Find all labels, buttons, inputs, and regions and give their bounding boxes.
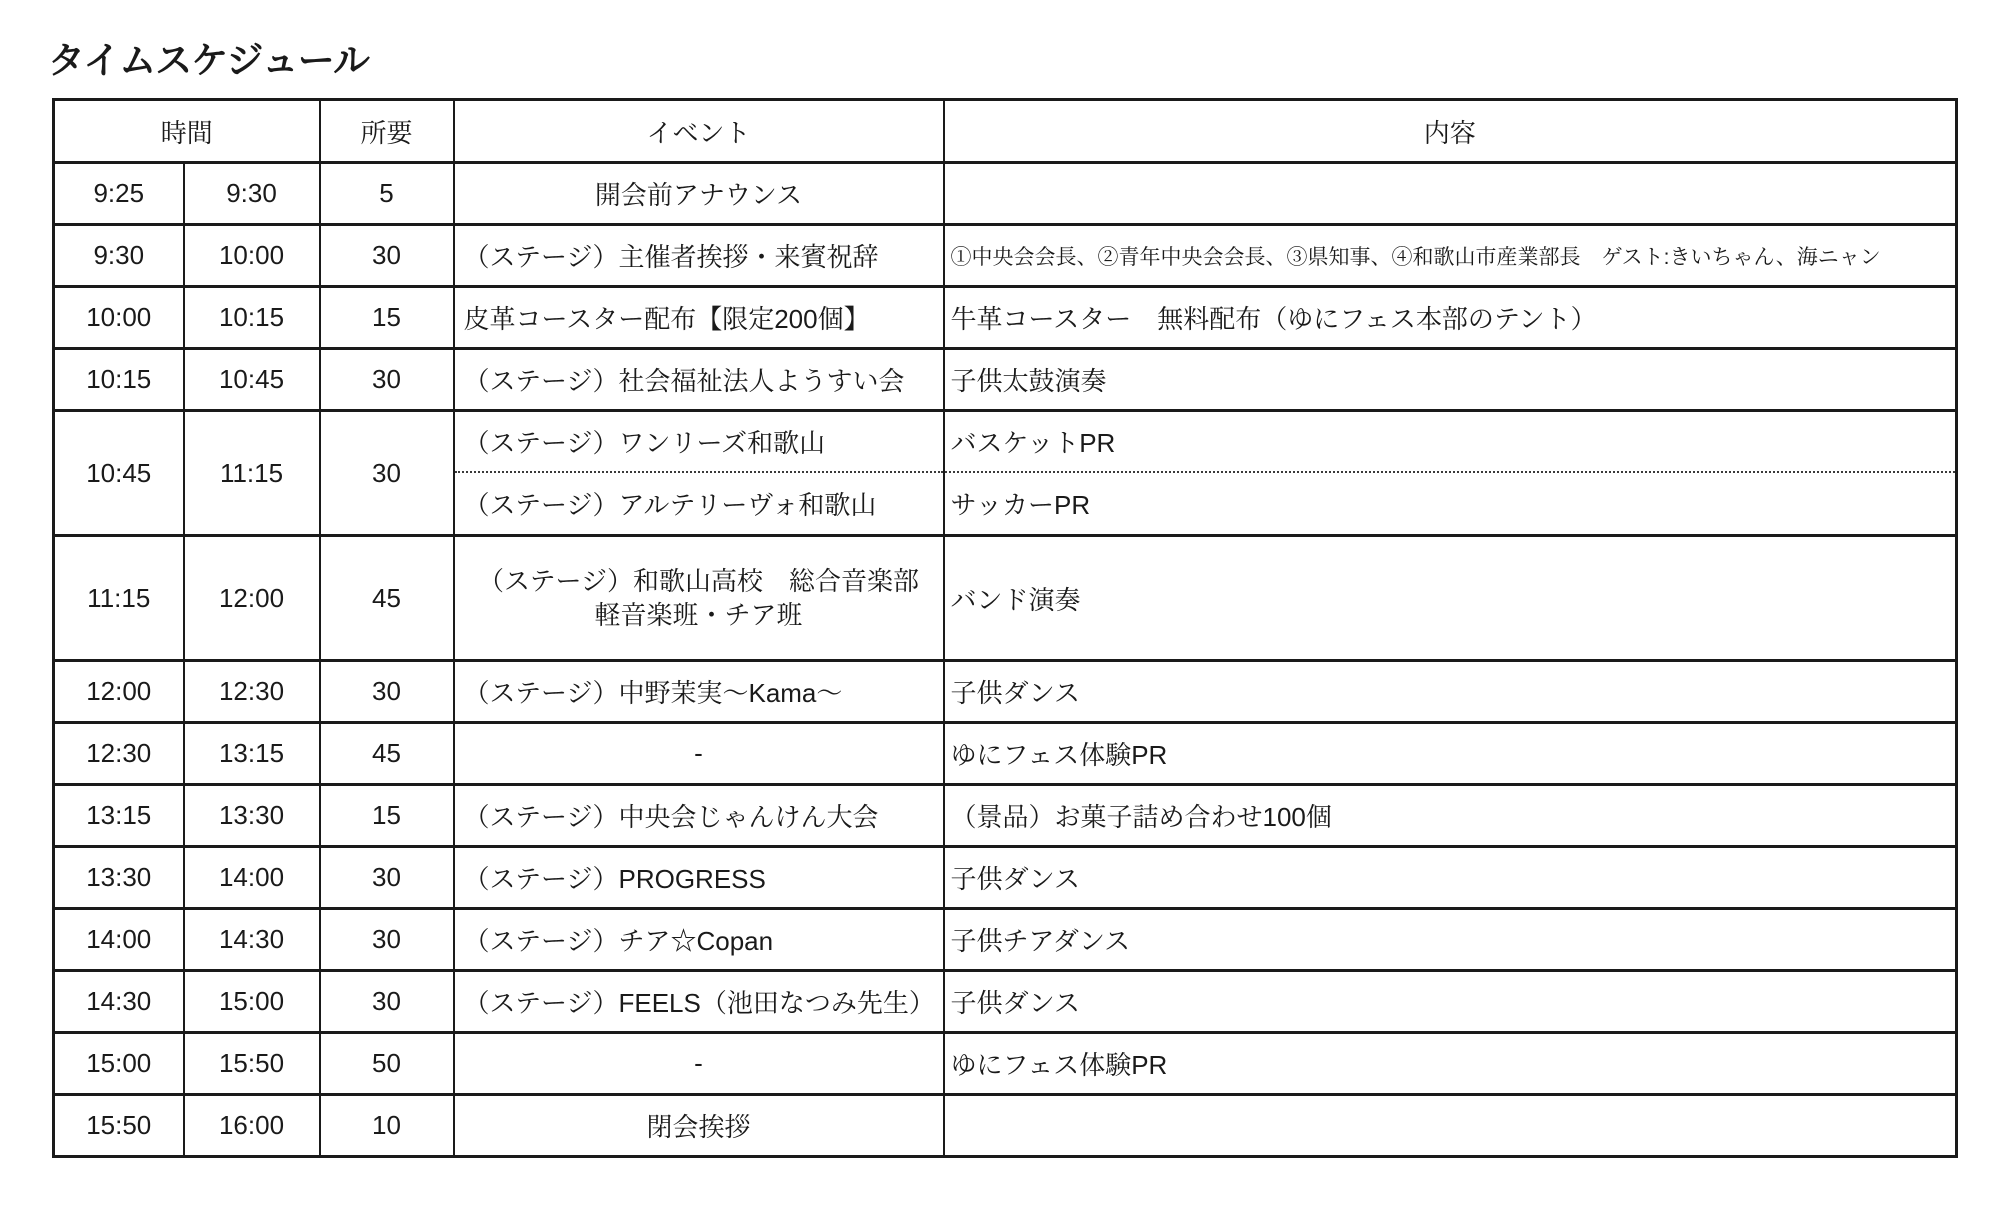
cell-start-time: 9:25 — [54, 163, 184, 225]
table-row: 15:0015:5050-ゆにフェス体験PR — [54, 1033, 1957, 1095]
table-row: 9:259:305開会前アナウンス — [54, 163, 1957, 225]
header-time: 時間 — [54, 100, 320, 163]
cell-event: 閉会挨拶 — [454, 1095, 944, 1157]
cell-content — [944, 163, 1957, 225]
cell-duration: 30 — [320, 847, 454, 909]
cell-end-time: 13:30 — [184, 785, 320, 847]
cell-start-time: 15:50 — [54, 1095, 184, 1157]
table-row: 15:5016:0010閉会挨拶 — [54, 1095, 1957, 1157]
cell-end-time: 14:30 — [184, 909, 320, 971]
cell-content: 牛革コースター 無料配布（ゆにフェス本部のテント） — [944, 287, 1957, 349]
cell-content — [944, 1095, 1957, 1157]
cell-start-time: 10:00 — [54, 287, 184, 349]
cell-duration: 30 — [320, 909, 454, 971]
cell-event: - — [454, 723, 944, 785]
cell-end-time: 15:00 — [184, 971, 320, 1033]
header-content: 内容 — [944, 100, 1957, 163]
cell-event: （ステージ）チア☆Copan — [454, 909, 944, 971]
cell-end-time: 9:30 — [184, 163, 320, 225]
event-line: 軽音楽班・チア班 — [455, 598, 943, 632]
table-row: 14:3015:0030（ステージ）FEELS（池田なつみ先生）子供ダンス — [54, 971, 1957, 1033]
cell-duration: 50 — [320, 1033, 454, 1095]
cell-content: バンド演奏 — [944, 536, 1957, 661]
table-row: 13:1513:3015（ステージ）中央会じゃんけん大会（景品）お菓子詰め合わせ… — [54, 785, 1957, 847]
cell-start-time: 12:00 — [54, 661, 184, 723]
cell-event: - — [454, 1033, 944, 1095]
cell-event: （ステージ）中野茉実～Kama～ — [454, 661, 944, 723]
cell-start-time: 13:30 — [54, 847, 184, 909]
cell-duration: 15 — [320, 785, 454, 847]
cell-content: 子供チアダンス — [944, 909, 1957, 971]
cell-end-time: 13:15 — [184, 723, 320, 785]
cell-start-time: 14:30 — [54, 971, 184, 1033]
table-row: 10:0010:1515皮革コースター配布【限定200個】牛革コースター 無料配… — [54, 287, 1957, 349]
cell-duration: 30 — [320, 661, 454, 723]
cell-end-time: 10:00 — [184, 225, 320, 287]
table-row: 12:0012:3030（ステージ）中野茉実～Kama～子供ダンス — [54, 661, 1957, 723]
cell-event: （ステージ）主催者挨拶・来賓祝辞 — [454, 225, 944, 287]
header-row: 時間 所要 イベント 内容 — [54, 100, 1957, 163]
table-row: 12:3013:1545-ゆにフェス体験PR — [54, 723, 1957, 785]
cell-duration: 10 — [320, 1095, 454, 1157]
cell-end-time: 16:00 — [184, 1095, 320, 1157]
cell-start-time: 15:00 — [54, 1033, 184, 1095]
cell-start-time: 10:15 — [54, 349, 184, 411]
cell-content: ゆにフェス体験PR — [944, 1033, 1957, 1095]
cell-event: 皮革コースター配布【限定200個】 — [454, 287, 944, 349]
cell-duration: 30 — [320, 411, 454, 536]
page-title: タイムスケジュール — [48, 30, 369, 84]
cell-start-time: 13:15 — [54, 785, 184, 847]
table-row: 11:1512:0045（ステージ）和歌山高校 総合音楽部軽音楽班・チア班バンド… — [54, 536, 1957, 661]
cell-content: 子供ダンス — [944, 971, 1957, 1033]
table-row: 10:4511:1530（ステージ）ワンリーズ和歌山（ステージ）アルテリーヴォ和… — [54, 411, 1957, 536]
cell-content: ①中央会会長、②青年中央会会長、③県知事、④和歌山市産業部長 ゲスト:きいちゃん… — [944, 225, 1957, 287]
cell-event: （ステージ）和歌山高校 総合音楽部軽音楽班・チア班 — [454, 536, 944, 661]
cell-event: 開会前アナウンス — [454, 163, 944, 225]
cell-duration: 45 — [320, 723, 454, 785]
cell-start-time: 12:30 — [54, 723, 184, 785]
cell-end-time: 11:15 — [184, 411, 320, 536]
header-duration: 所要 — [320, 100, 454, 163]
cell-end-time: 10:45 — [184, 349, 320, 411]
cell-duration: 5 — [320, 163, 454, 225]
cell-content: バスケットPRサッカーPR — [944, 411, 1957, 536]
content-sub-row: サッカーPR — [945, 473, 1956, 534]
table-row: 13:3014:0030（ステージ）PROGRESS子供ダンス — [54, 847, 1957, 909]
cell-end-time: 15:50 — [184, 1033, 320, 1095]
schedule-table: 時間 所要 イベント 内容 9:259:305開会前アナウンス9:3010:00… — [52, 98, 1958, 1158]
cell-content: （景品）お菓子詰め合わせ100個 — [944, 785, 1957, 847]
table-row: 9:3010:0030（ステージ）主催者挨拶・来賓祝辞①中央会会長、②青年中央会… — [54, 225, 1957, 287]
content-sub-row: バスケットPR — [945, 412, 1956, 473]
event-sub-row: （ステージ）ワンリーズ和歌山 — [455, 412, 943, 473]
cell-content: 子供ダンス — [944, 847, 1957, 909]
cell-duration: 30 — [320, 971, 454, 1033]
event-line: （ステージ）和歌山高校 総合音楽部 — [455, 564, 943, 598]
cell-start-time: 11:15 — [54, 536, 184, 661]
cell-start-time: 9:30 — [54, 225, 184, 287]
cell-end-time: 14:00 — [184, 847, 320, 909]
cell-duration: 45 — [320, 536, 454, 661]
cell-duration: 30 — [320, 225, 454, 287]
schedule-page: タイムスケジュール 時間 所要 イベント 内容 9:259:305開会前アナウン… — [0, 0, 2000, 1232]
cell-end-time: 10:15 — [184, 287, 320, 349]
cell-content: 子供太鼓演奏 — [944, 349, 1957, 411]
cell-event: （ステージ）中央会じゃんけん大会 — [454, 785, 944, 847]
event-sub-row: （ステージ）アルテリーヴォ和歌山 — [455, 473, 943, 534]
cell-content: 子供ダンス — [944, 661, 1957, 723]
cell-event: （ステージ）PROGRESS — [454, 847, 944, 909]
cell-event: （ステージ）社会福祉法人ようすい会 — [454, 349, 944, 411]
table-row: 10:1510:4530（ステージ）社会福祉法人ようすい会子供太鼓演奏 — [54, 349, 1957, 411]
cell-end-time: 12:30 — [184, 661, 320, 723]
header-event: イベント — [454, 100, 944, 163]
cell-start-time: 14:00 — [54, 909, 184, 971]
cell-end-time: 12:00 — [184, 536, 320, 661]
cell-content: ゆにフェス体験PR — [944, 723, 1957, 785]
cell-duration: 30 — [320, 349, 454, 411]
cell-event: （ステージ）FEELS（池田なつみ先生） — [454, 971, 944, 1033]
cell-start-time: 10:45 — [54, 411, 184, 536]
cell-event: （ステージ）ワンリーズ和歌山（ステージ）アルテリーヴォ和歌山 — [454, 411, 944, 536]
cell-duration: 15 — [320, 287, 454, 349]
table-row: 14:0014:3030（ステージ）チア☆Copan子供チアダンス — [54, 909, 1957, 971]
